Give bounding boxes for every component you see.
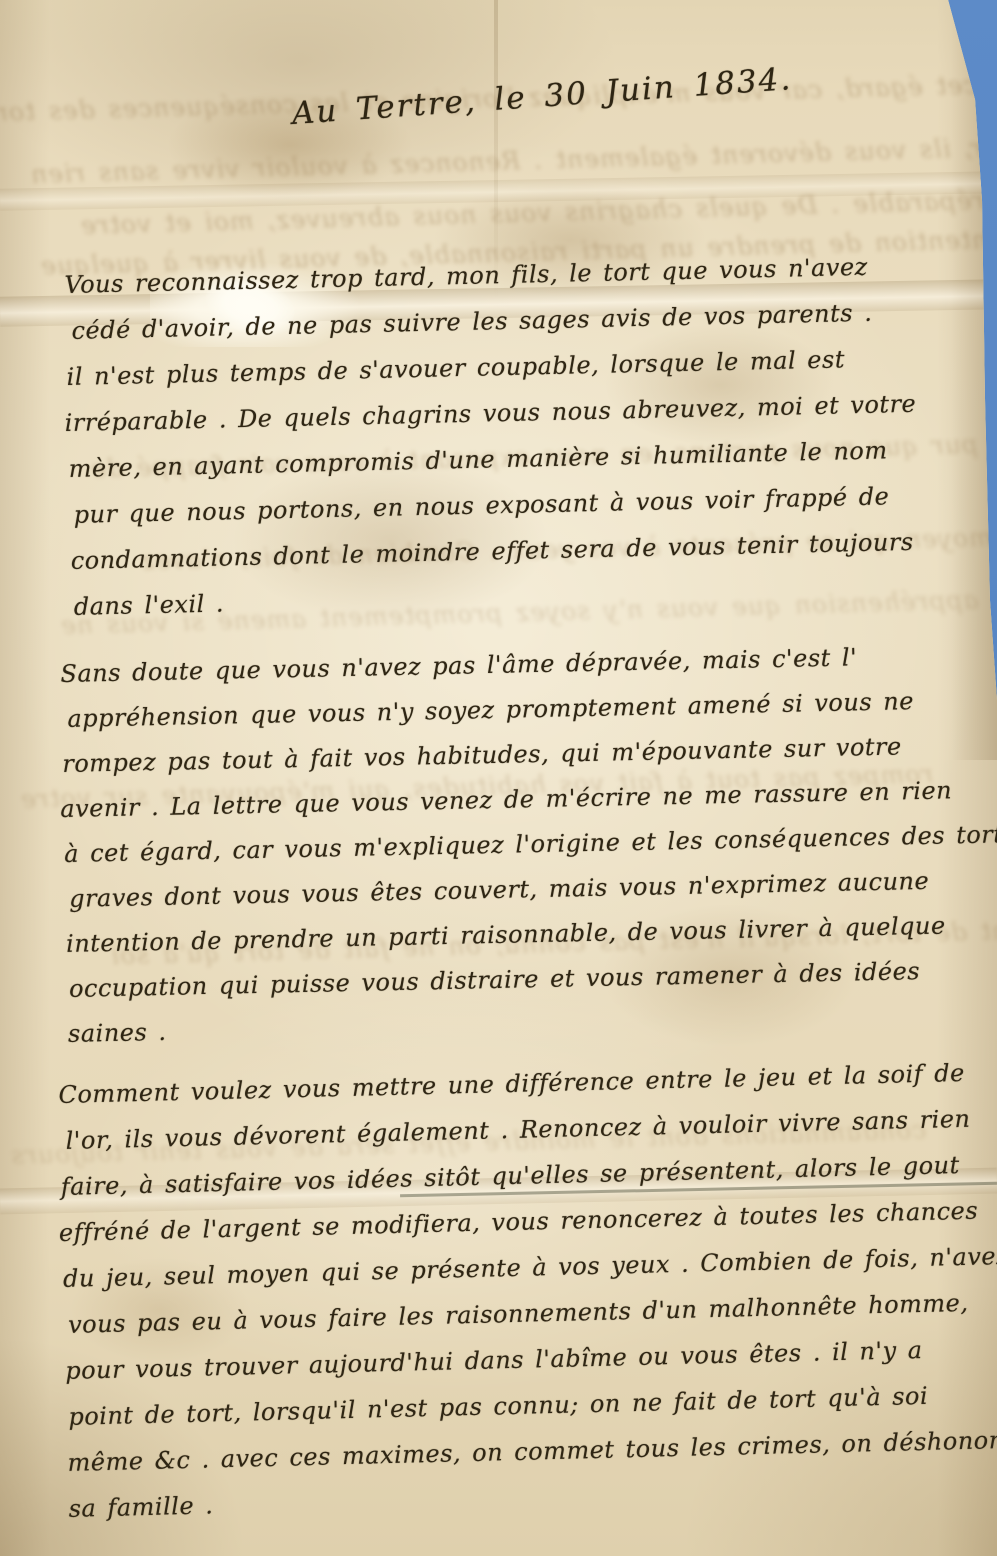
letter-page: à cet égard, car vous m'expliquez l'orig… — [0, 0, 997, 1556]
letter-content: Au Tertre, le 30 Juin 1834. Vous reconna… — [0, 0, 997, 1556]
scanner-background: à cet égard, car vous m'expliquez l'orig… — [0, 0, 997, 1556]
paragraph-1: Vous reconnaissez trop tard, mon fils, l… — [64, 243, 921, 630]
paragraph-3: Comment voulez vous mettre une différenc… — [58, 1049, 997, 1532]
dateline: Au Tertre, le 30 Juin 1834. — [291, 61, 794, 132]
paragraph-2: Sans doute que vous n'avez pas l'âme dép… — [60, 632, 997, 1057]
